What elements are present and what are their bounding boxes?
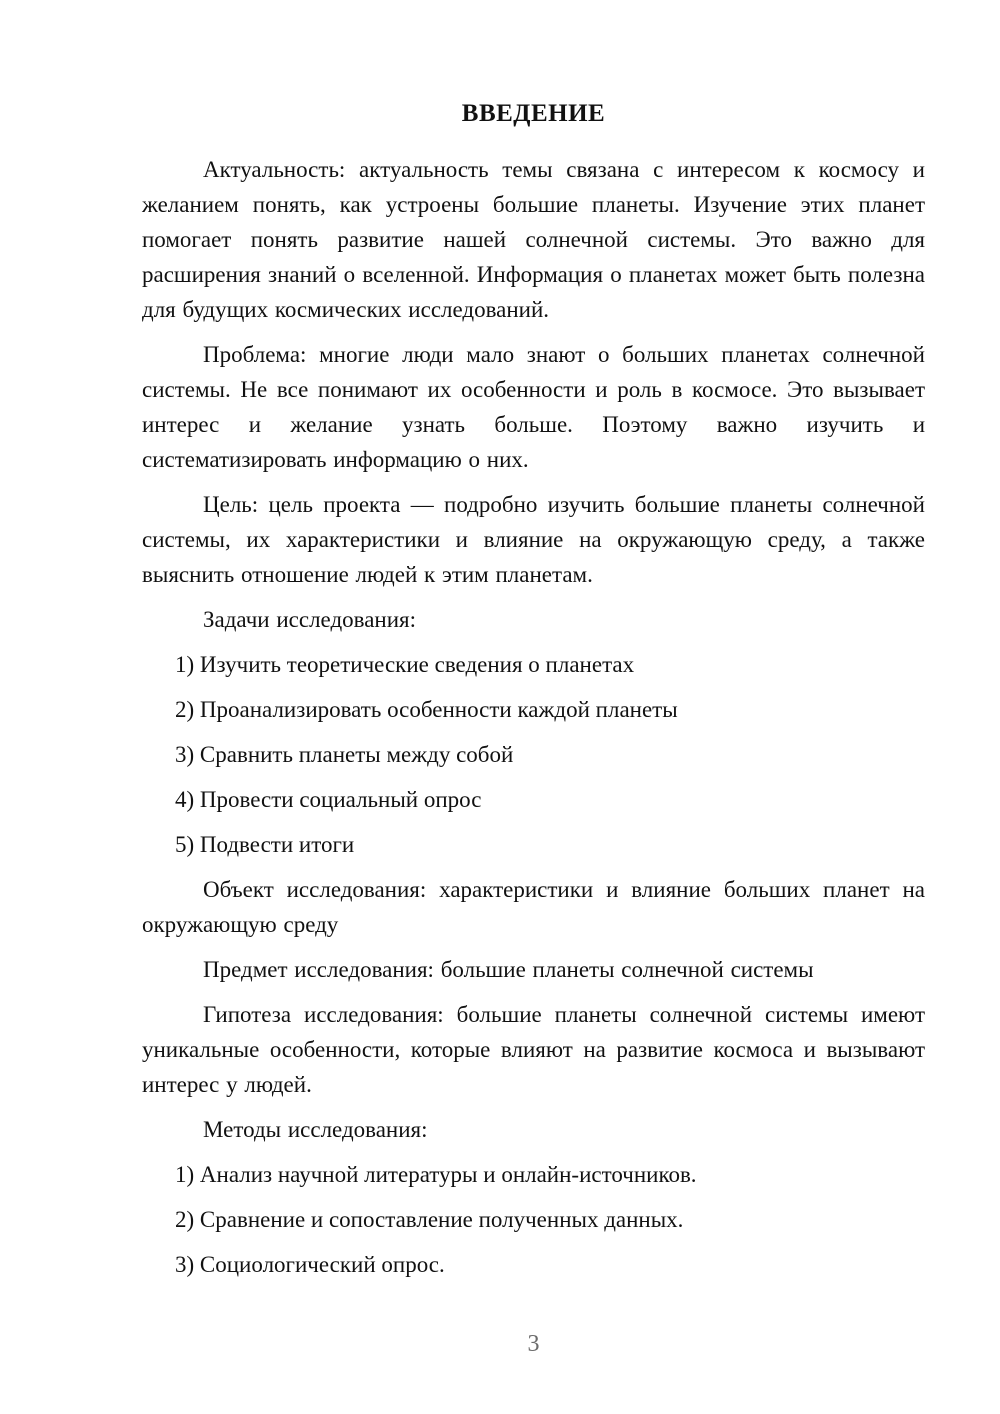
method-item-2: 2) Сравнение и сопоставление полученных … bbox=[175, 1202, 925, 1237]
page-title: ВВЕДЕНИЕ bbox=[142, 100, 925, 128]
document-page: ВВЕДЕНИЕ Актуальность: актуальность темы… bbox=[0, 0, 1000, 1414]
page-content: ВВЕДЕНИЕ Актуальность: актуальность темы… bbox=[142, 100, 925, 1282]
paragraph-object: Объект исследования: характеристики и вл… bbox=[142, 872, 925, 942]
page-number: 3 bbox=[67, 1329, 1000, 1359]
tasks-heading: Задачи исследования: bbox=[142, 602, 925, 637]
method-item-3: 3) Социологический опрос. bbox=[175, 1247, 925, 1282]
paragraph-hypothesis: Гипотеза исследования: большие планеты с… bbox=[142, 997, 925, 1102]
paragraph-goal: Цель: цель проекта — подробно изучить бо… bbox=[142, 487, 925, 592]
task-item-4: 4) Провести социальный опрос bbox=[175, 782, 925, 817]
task-item-5: 5) Подвести итоги bbox=[175, 827, 925, 862]
method-item-1: 1) Анализ научной литературы и онлайн-ис… bbox=[175, 1157, 925, 1192]
paragraph-problema: Проблема: многие люди мало знают о больш… bbox=[142, 337, 925, 477]
paragraph-subject: Предмет исследования: большие планеты со… bbox=[142, 952, 925, 987]
methods-heading: Методы исследования: bbox=[142, 1112, 925, 1147]
task-item-1: 1) Изучить теоретические сведения о план… bbox=[175, 647, 925, 682]
task-item-2: 2) Проанализировать особенности каждой п… bbox=[175, 692, 925, 727]
paragraph-aktualnost: Актуальность: актуальность темы связана … bbox=[142, 152, 925, 327]
task-item-3: 3) Сравнить планеты между собой bbox=[175, 737, 925, 772]
